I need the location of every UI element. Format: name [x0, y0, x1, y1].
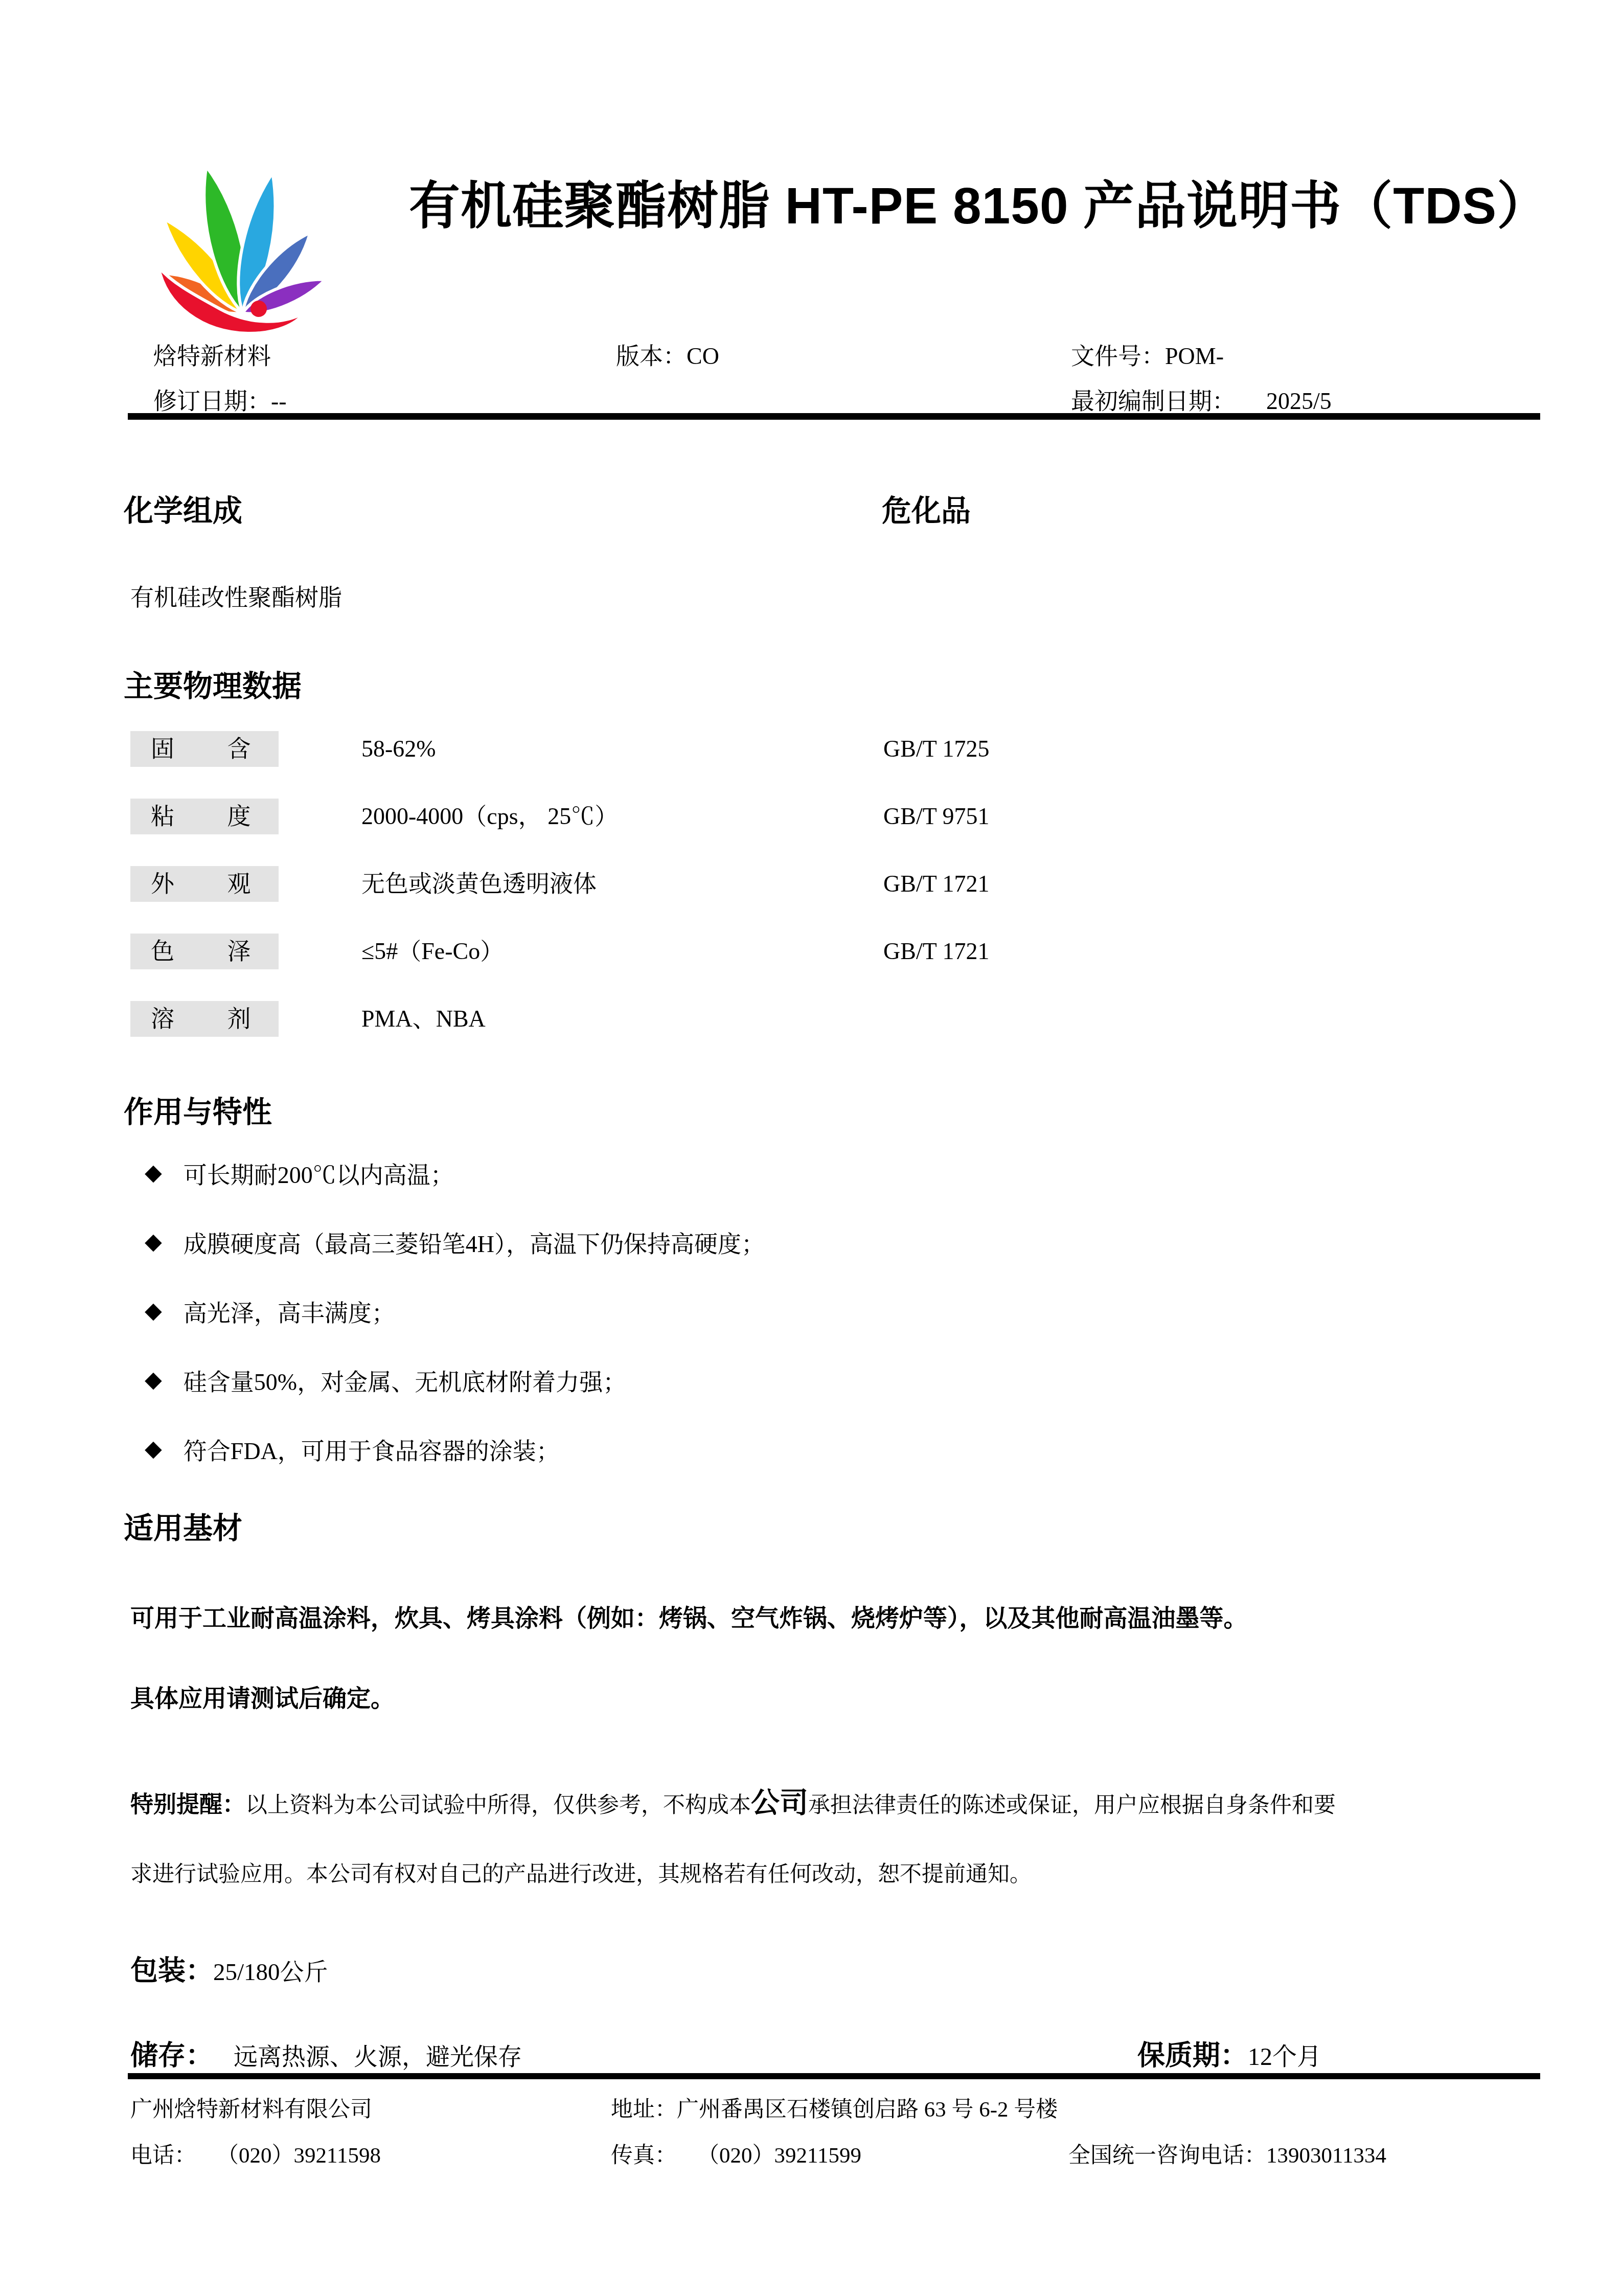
storage-row: 储存：远离热源、火源，避光保存	[130, 2034, 522, 2073]
physical-row-value: 2000-4000（cps， 25℃）	[361, 799, 618, 834]
feature-item: ◆硅含量50%，对金属、无机底材附着力强；	[145, 1363, 626, 1397]
physical-row-solvent: 溶 剂 PMA、NBA	[130, 1001, 1541, 1037]
section-physical-data: 主要物理数据	[124, 662, 302, 705]
physical-row-appearance: 外 观 无色或淡黄色透明液体 GB/T 1721	[130, 866, 1541, 902]
doc-number-field: 文件号：POM-	[1071, 337, 1224, 371]
version-field: 版本：CO	[616, 337, 719, 371]
remark-emphasis: 公司	[751, 1786, 808, 1818]
phone-value: （020）39211598	[217, 2144, 381, 2168]
packaging-label: 包装：	[130, 1956, 213, 1986]
physical-row-value: 58-62%	[361, 731, 436, 767]
physical-row-viscosity: 粘 度 2000-4000（cps， 25℃） GB/T 9751	[130, 799, 1541, 834]
substrates-note: 具体应用请测试后确定。	[130, 1679, 395, 1714]
remark-text: 以上资料为本公司试验中所得，仅供参考，不构成本	[245, 1793, 751, 1817]
diamond-bullet-icon: ◆	[145, 1298, 162, 1324]
feature-text: 可长期耐200℃以内高温；	[184, 1162, 454, 1188]
footer-divider-rule	[128, 2073, 1540, 2079]
shelf-life-value: 12个月	[1248, 2043, 1321, 2071]
footer-hotline: 全国统一咨询电话：13903011334	[1068, 2138, 1386, 2169]
substrates-paragraph: 可用于工业耐高温涂料，炊具、烤具涂料（例如：烤锅、空气炸锅、烧烤炉等），以及其他…	[130, 1599, 1248, 1633]
feature-text: 高光泽，高丰满度；	[184, 1300, 395, 1326]
section-hazardous-goods: 危化品	[882, 487, 971, 530]
physical-row-standard: GB/T 9751	[883, 799, 989, 834]
tds-document-page: 有机硅聚酯树脂 HT-PE 8150 产品说明书（TDS） 焓特新材料 版本：C…	[0, 0, 1623, 2296]
packaging-value: 25/180公斤	[213, 1959, 328, 1986]
feature-text: 符合FDA，可用于食品容器的涂装；	[184, 1438, 560, 1464]
section-chemical-composition: 化学组成	[124, 487, 242, 530]
header-divider-rule	[128, 413, 1540, 420]
physical-row-standard: GB/T 1721	[883, 934, 989, 969]
feature-item: ◆符合FDA，可用于食品容器的涂装；	[145, 1433, 560, 1466]
hotline-value: 13903011334	[1266, 2144, 1386, 2168]
fax-value: （020）39211599	[697, 2144, 861, 2168]
feature-text: 硅含量50%，对金属、无机底材附着力强；	[184, 1369, 626, 1395]
physical-row-label: 外 观	[130, 866, 279, 902]
diamond-bullet-icon: ◆	[145, 1160, 162, 1186]
physical-row-standard: GB/T 1725	[883, 731, 989, 767]
remark-label: 特别提醒：	[130, 1791, 245, 1817]
storage-value: 远离热源、火源，避光保存	[234, 2044, 522, 2071]
revision-date-field: 修订日期：--	[153, 382, 287, 416]
initial-date-field: 最初编制日期：2025/5	[1071, 382, 1332, 416]
company-logo	[143, 113, 332, 354]
footer-phone: 电话：（020）39211598	[130, 2138, 381, 2169]
logo-petals	[153, 163, 329, 333]
section-substrates: 适用基材	[124, 1504, 242, 1547]
feature-item: ◆高光泽，高丰满度；	[145, 1294, 395, 1328]
phone-label: 电话：	[130, 2144, 196, 2168]
physical-row-color: 色 泽 ≤5#（Fe-Co） GB/T 1721	[130, 934, 1541, 969]
logo-dot-red	[250, 301, 267, 317]
diamond-bullet-icon: ◆	[145, 1367, 162, 1393]
physical-row-label: 色 泽	[130, 934, 279, 969]
feature-item: ◆可长期耐200℃以内高温；	[145, 1156, 454, 1190]
section-features: 作用与特性	[124, 1088, 272, 1131]
hotline-label: 全国统一咨询电话：	[1068, 2144, 1266, 2168]
diamond-bullet-icon: ◆	[145, 1436, 162, 1462]
storage-label: 储存：	[130, 2040, 213, 2071]
chemical-composition-value: 有机硅改性聚酯树脂	[130, 579, 342, 612]
footer-address: 地址：广州番禺区石楼镇创启路 63 号 6-2 号楼	[611, 2092, 1058, 2123]
initial-date-label: 最初编制日期：	[1071, 388, 1236, 414]
footer-company-name: 广州焓特新材料有限公司	[130, 2092, 372, 2123]
remark-line-1: 特别提醒：以上资料为本公司试验中所得，仅供参考，不构成本公司承担法律责任的陈述或…	[130, 1780, 1336, 1821]
footer-fax: 传真：（020）39211599	[611, 2138, 861, 2169]
physical-row-label: 固 含	[130, 731, 279, 767]
shelf-life-label: 保质期：	[1137, 2040, 1248, 2071]
fax-label: 传真：	[611, 2144, 677, 2168]
physical-row-standard: GB/T 1721	[883, 866, 989, 902]
physical-row-value: PMA、NBA	[361, 1001, 486, 1037]
physical-row-value: ≤5#（Fe-Co）	[361, 934, 504, 969]
shelf-life-row: 保质期：12个月	[1137, 2034, 1321, 2073]
remark-line-2: 求进行试验应用。本公司有权对自己的产品进行改进，其规格若有任何改动，恕不提前通知…	[130, 1857, 1032, 1888]
physical-row-label: 粘 度	[130, 799, 279, 834]
initial-date-value: 2025/5	[1266, 388, 1332, 414]
diamond-bullet-icon: ◆	[145, 1229, 162, 1255]
feature-item: ◆成膜硬度高（最高三菱铅笔4H），高温下仍保持高硬度；	[145, 1225, 765, 1259]
remark-text: 承担法律责任的陈述或保证，用户应根据自身条件和要	[808, 1793, 1336, 1817]
packaging-row: 包装：25/180公斤	[130, 1949, 328, 1988]
physical-row-solids: 固 含 58-62% GB/T 1725	[130, 731, 1541, 767]
physical-row-value: 无色或淡黄色透明液体	[361, 866, 597, 902]
company-short-name: 焓特新材料	[153, 337, 271, 371]
physical-row-label: 溶 剂	[130, 1001, 279, 1037]
feature-text: 成膜硬度高（最高三菱铅笔4H），高温下仍保持高硬度；	[184, 1231, 765, 1257]
page-title: 有机硅聚酯树脂 HT-PE 8150 产品说明书（TDS）	[409, 165, 1548, 238]
